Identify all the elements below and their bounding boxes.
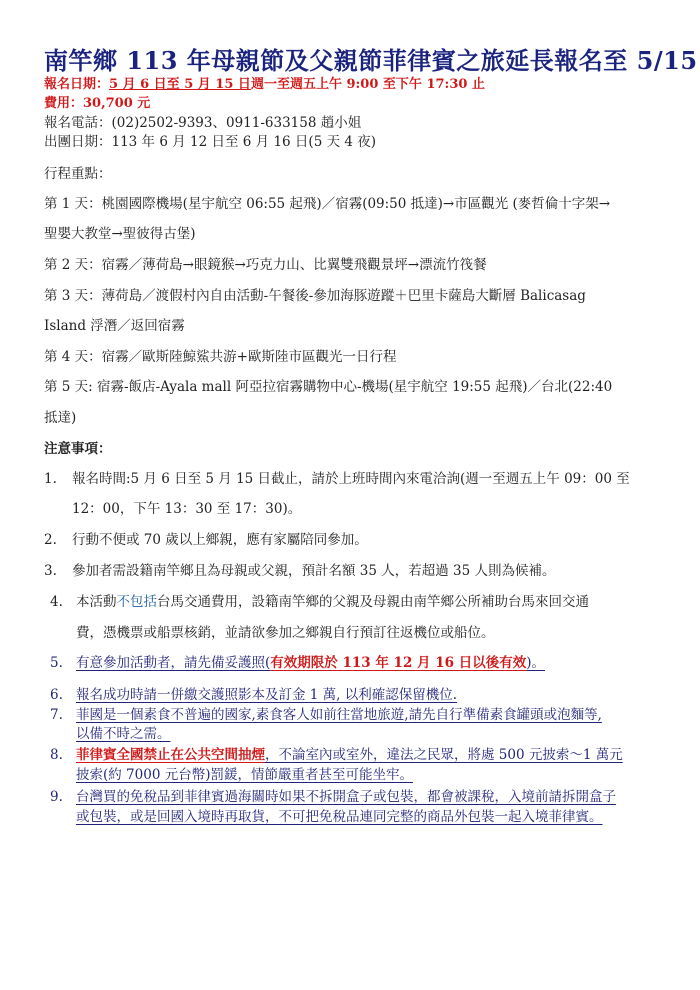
page-title: 南竿鄉 113 年母親節及父親節菲律賓之旅延長報名至 5/15: [44, 41, 698, 76]
note-text: 以備不時之需。: [76, 726, 171, 742]
registration-date-label: 報名日期：: [44, 77, 109, 92]
note-item-2: 2.行動不便或 70 歲以上鄉親，應有家屬陪同參加。: [44, 531, 368, 549]
note-number: 3.: [44, 562, 72, 580]
note-text: 披索(約 7000 元台幣)罰鍰，情節嚴重者甚至可能坐牢。: [76, 767, 413, 783]
note-text: 台馬交通費用，設籍南竿鄉的父親及母親由南竿鄉公所補助台馬來回交通: [157, 594, 589, 610]
note-number: 9.: [50, 788, 76, 806]
note-item-7: 7.菲國是一個素食不普遍的國家,素食客人如前往當地旅遊,請先自行準備素食罐頭或泡…: [50, 706, 602, 724]
itinerary-heading: 行程重點：: [44, 165, 112, 183]
note-number: 5.: [50, 654, 76, 672]
note-text: ，不論室內或室外，違法之民眾，將處 500 元披索～1 萬元: [265, 747, 623, 763]
note-number: 7.: [50, 706, 76, 724]
note-text: 報名成功時請一併繳交護照影本及訂金 1 萬, 以利確認保留機位.: [76, 687, 457, 703]
itinerary-day-2: 第 2 天：宿霧／薄荷島→眼鏡猴→巧克力山、比翼雙飛觀景坪→漂流竹筏餐: [44, 256, 487, 274]
document-page: 南竿鄉 113 年母親節及父親節菲律賓之旅延長報名至 5/15 報名日期：5 月…: [0, 0, 700, 990]
note-item-1-cont: 12：00，下午 13：30 至 17：30)。: [72, 500, 301, 518]
itinerary-day-5: 第 5 天: 宿霧-飯店-Ayala mall 阿亞拉宿霧購物中心-機場(星宇航…: [44, 378, 612, 396]
note-text: )。: [526, 655, 545, 671]
note-item-6: 6.報名成功時請一併繳交護照影本及訂金 1 萬, 以利確認保留機位.: [50, 686, 457, 704]
fee: 費用：30,700 元: [44, 95, 150, 113]
note-text: 行動不便或 70 歲以上鄉親，應有家屬陪同參加。: [72, 532, 368, 548]
itinerary-day-1-cont: 聖嬰大教堂→聖彼得古堡): [44, 225, 196, 243]
note-text: 報名時間:5 月 6 日至 5 月 15 日截止，請於上班時間內來電洽詢(週一至…: [72, 471, 630, 487]
registration-date-suffix: 週一至週五上午 9:00 至下午 17:30 止: [251, 77, 485, 92]
passport-validity-highlight: 有效期限於 113 年 12 月 16 日以後有效: [270, 655, 526, 671]
note-item-8: 8.菲律賓全國禁止在公共空間抽煙，不論室內或室外，違法之民眾，將處 500 元披…: [50, 746, 623, 764]
note-item-3: 3.參加者需設籍南竿鄉且為母親或父親，預計名額 35 人，若超過 35 人則為候…: [44, 562, 556, 580]
note-number: 8.: [50, 746, 76, 764]
note-item-4-cont: 費，憑機票或船票核銷，並請欲參加之鄉親自行預訂往返機位或船位。: [76, 624, 495, 642]
note-item-5: 5.有意參加活動者，請先備妥護照(有效期限於 113 年 12 月 16 日以後…: [50, 654, 545, 672]
note-number: 4.: [50, 593, 76, 611]
not-included-highlight: 不包括: [117, 594, 158, 610]
registration-phone: 報名電話：(02)2502-9393、0911-633158 趙小姐: [44, 114, 361, 132]
note-text: 菲國是一個素食不普遍的國家,素食客人如前往當地旅遊,請先自行準備素食罐頭或泡麵等…: [76, 707, 602, 723]
notes-heading: 注意事項：: [44, 440, 112, 458]
itinerary-day-1: 第 1 天：桃園國際機場(星宇航空 06:55 起飛)／宿霧(09:50 抵達)…: [44, 195, 610, 213]
note-item-9: 9.台灣買的免稅品到菲律賓過海關時如果不拆開盒子或包裝，都會被課稅，入境前請拆開…: [50, 788, 616, 806]
itinerary-day-4: 第 4 天：宿霧／歐斯陸鯨鯊共游+歐斯陸市區觀光一日行程: [44, 348, 396, 366]
note-number: 2.: [44, 531, 72, 549]
departure-date: 出團日期：113 年 6 月 12 日至 6 月 16 日(5 天 4 夜): [44, 133, 376, 151]
smoking-ban-highlight: 菲律賓全國禁止在公共空間抽煙: [76, 747, 265, 763]
note-item-7-cont: 以備不時之需。: [76, 725, 171, 743]
registration-date-value: 5 月 6 日至 5 月 15 日: [109, 77, 251, 92]
note-text: 有意參加活動者，請先備妥護照(: [76, 655, 270, 671]
itinerary-day-5-cont: 抵達): [44, 409, 76, 427]
note-item-1: 1.報名時間:5 月 6 日至 5 月 15 日截止，請於上班時間內來電洽詢(週…: [44, 470, 630, 488]
note-item-9-cont: 或包裝，或是回國入境時再取貨，不可把免稅品連同完整的商品外包裝一起入境菲律賓。: [76, 808, 603, 826]
note-text: 或包裝，或是回國入境時再取貨，不可把免稅品連同完整的商品外包裝一起入境菲律賓。: [76, 809, 603, 825]
registration-date: 報名日期：5 月 6 日至 5 月 15 日週一至週五上午 9:00 至下午 1…: [44, 76, 485, 94]
note-number: 6.: [50, 686, 76, 704]
itinerary-day-3-cont: Island 浮潛／返回宿霧: [44, 317, 185, 335]
note-number: 1.: [44, 470, 72, 488]
note-item-8-cont: 披索(約 7000 元台幣)罰鍰，情節嚴重者甚至可能坐牢。: [76, 766, 413, 784]
note-text: 台灣買的免稅品到菲律賓過海關時如果不拆開盒子或包裝，都會被課稅，入境前請拆開盒子: [76, 789, 616, 805]
note-text: 本活動: [76, 594, 117, 610]
itinerary-day-3: 第 3 天：薄荷島／渡假村內自由活動-午餐後-參加海豚遊蹤＋巴里卡薩島大斷層 B…: [44, 287, 586, 305]
note-text: 參加者需設籍南竿鄉且為母親或父親，預計名額 35 人，若超過 35 人則為候補。: [72, 563, 556, 579]
note-item-4: 4.本活動不包括台馬交通費用，設籍南竿鄉的父親及母親由南竿鄉公所補助台馬來回交通: [50, 593, 589, 611]
